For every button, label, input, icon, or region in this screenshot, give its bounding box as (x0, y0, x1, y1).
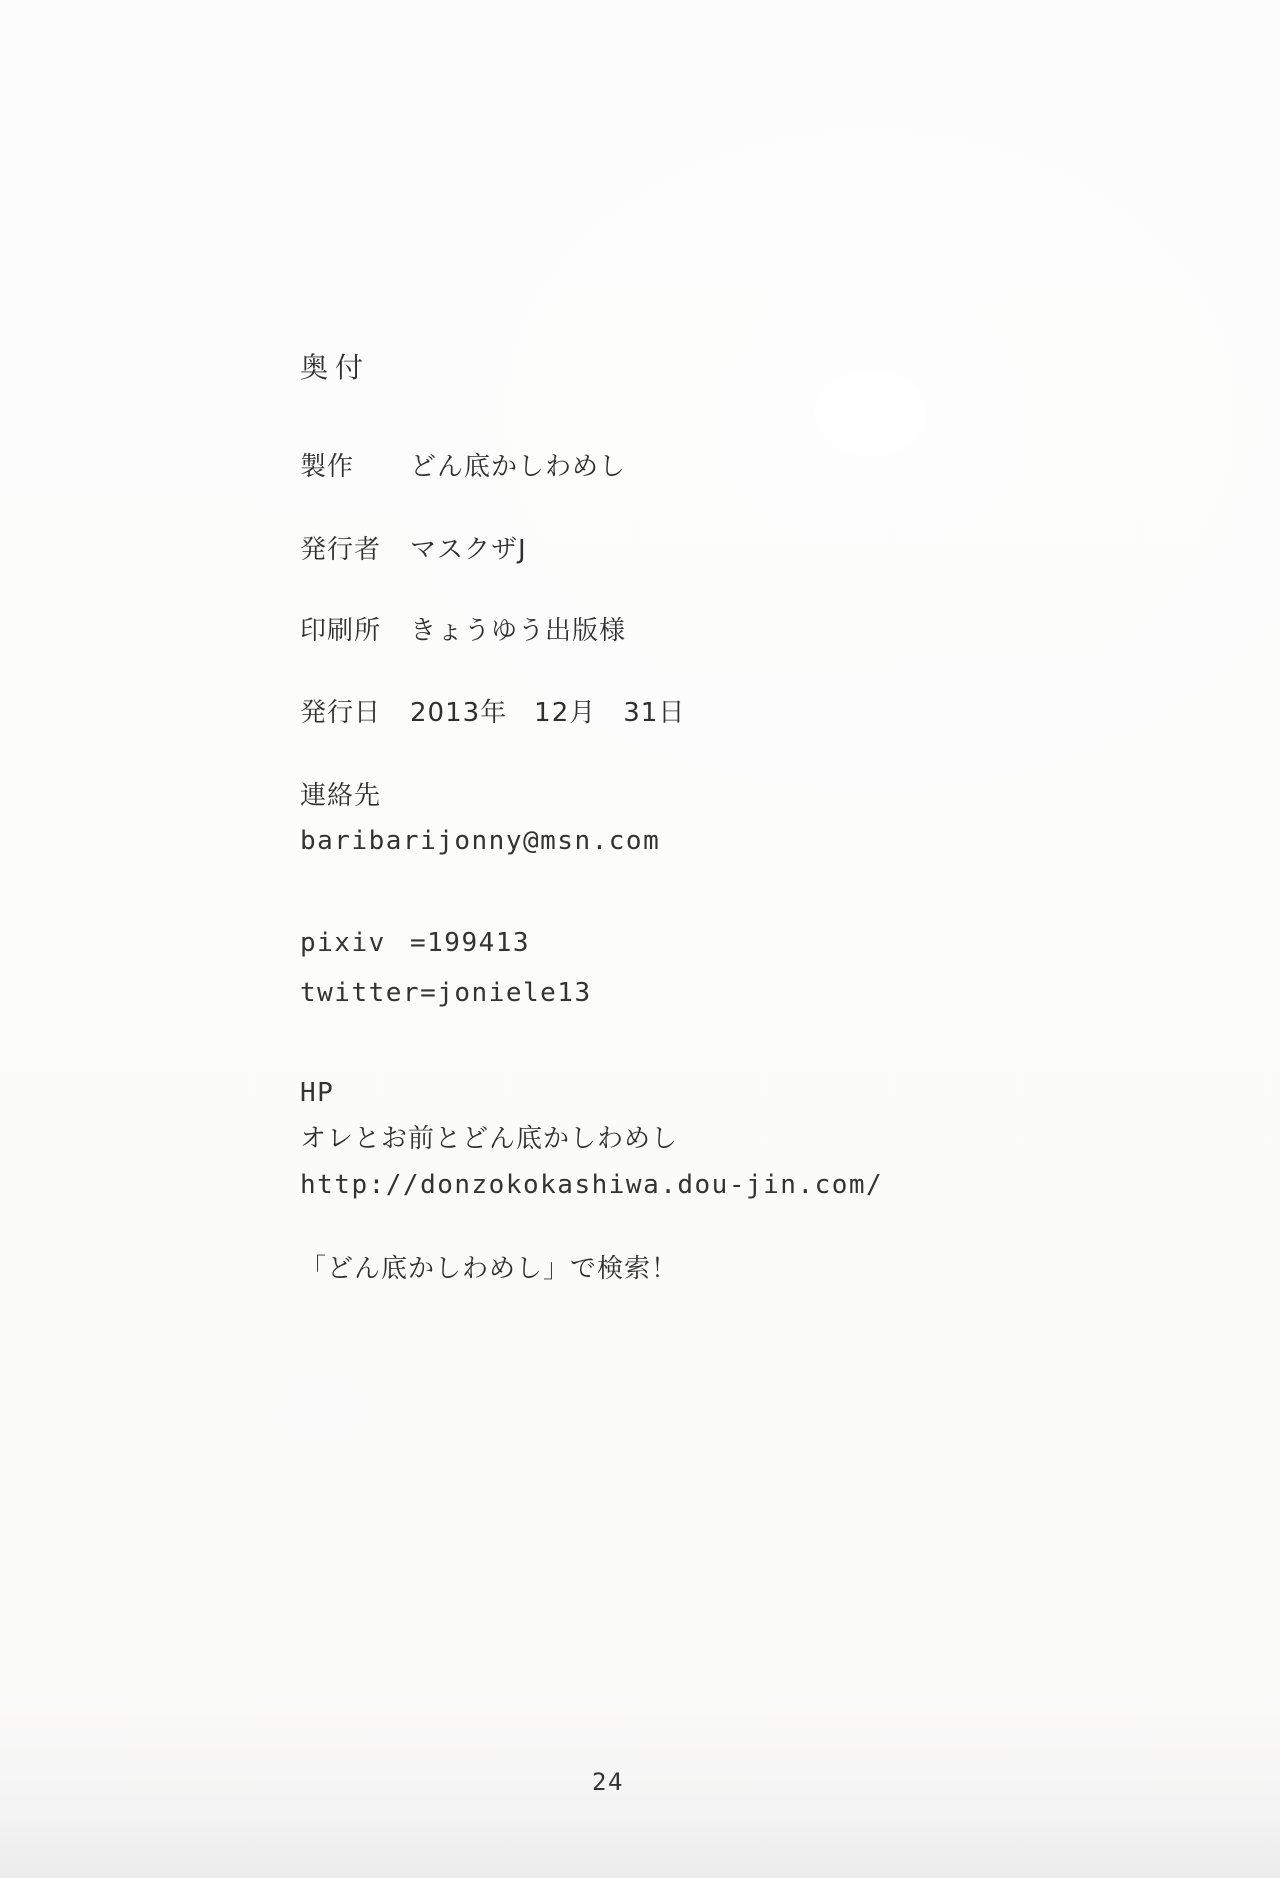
pixiv-label: pixiv (300, 927, 410, 960)
production-label: 製作 (300, 451, 410, 484)
contact-email: baribarijonny@msn.com (300, 825, 660, 858)
website-url: http://donzokokashiwa.dou-jin.com/ (300, 1169, 883, 1202)
issue-date-label: 発行日 (300, 697, 410, 730)
twitter-label: twitter (300, 977, 420, 1010)
search-note: 「どん底かしわめし」で検索！ (300, 1253, 678, 1286)
page-number: 24 (592, 1768, 624, 1796)
colophon-row-publisher: 発行者 マスクザJ (300, 534, 527, 567)
page-title: 奥付 (300, 350, 370, 385)
production-value: どん底かしわめし (410, 451, 626, 484)
colophon-page: 奥付 製作 どん底かしわめし 発行者 マスクザJ 印刷所 きょうゆう出版様 発行… (0, 0, 1280, 1878)
colophon-row-production: 製作 どん底かしわめし (300, 451, 626, 484)
sns-row-pixiv: pixiv =199413 (300, 927, 530, 960)
twitter-id: =joniele13 (420, 977, 592, 1010)
colophon-row-printer: 印刷所 きょうゆう出版様 (300, 615, 626, 648)
issue-date-value: 2013年 12月 31日 (410, 697, 685, 730)
printer-label: 印刷所 (300, 615, 410, 648)
printer-value: きょうゆう出版様 (410, 615, 626, 648)
website-heading: HP (300, 1077, 334, 1110)
website-name: オレとお前とどん底かしわめし (300, 1123, 678, 1156)
pixiv-id: =199413 (410, 927, 530, 960)
contact-heading: 連絡先 (300, 780, 381, 813)
sns-row-twitter: twitter =joniele13 (300, 977, 592, 1010)
publisher-label: 発行者 (300, 534, 410, 567)
colophon-row-issue-date: 発行日 2013年 12月 31日 (300, 697, 685, 730)
publisher-value: マスクザJ (410, 534, 527, 567)
